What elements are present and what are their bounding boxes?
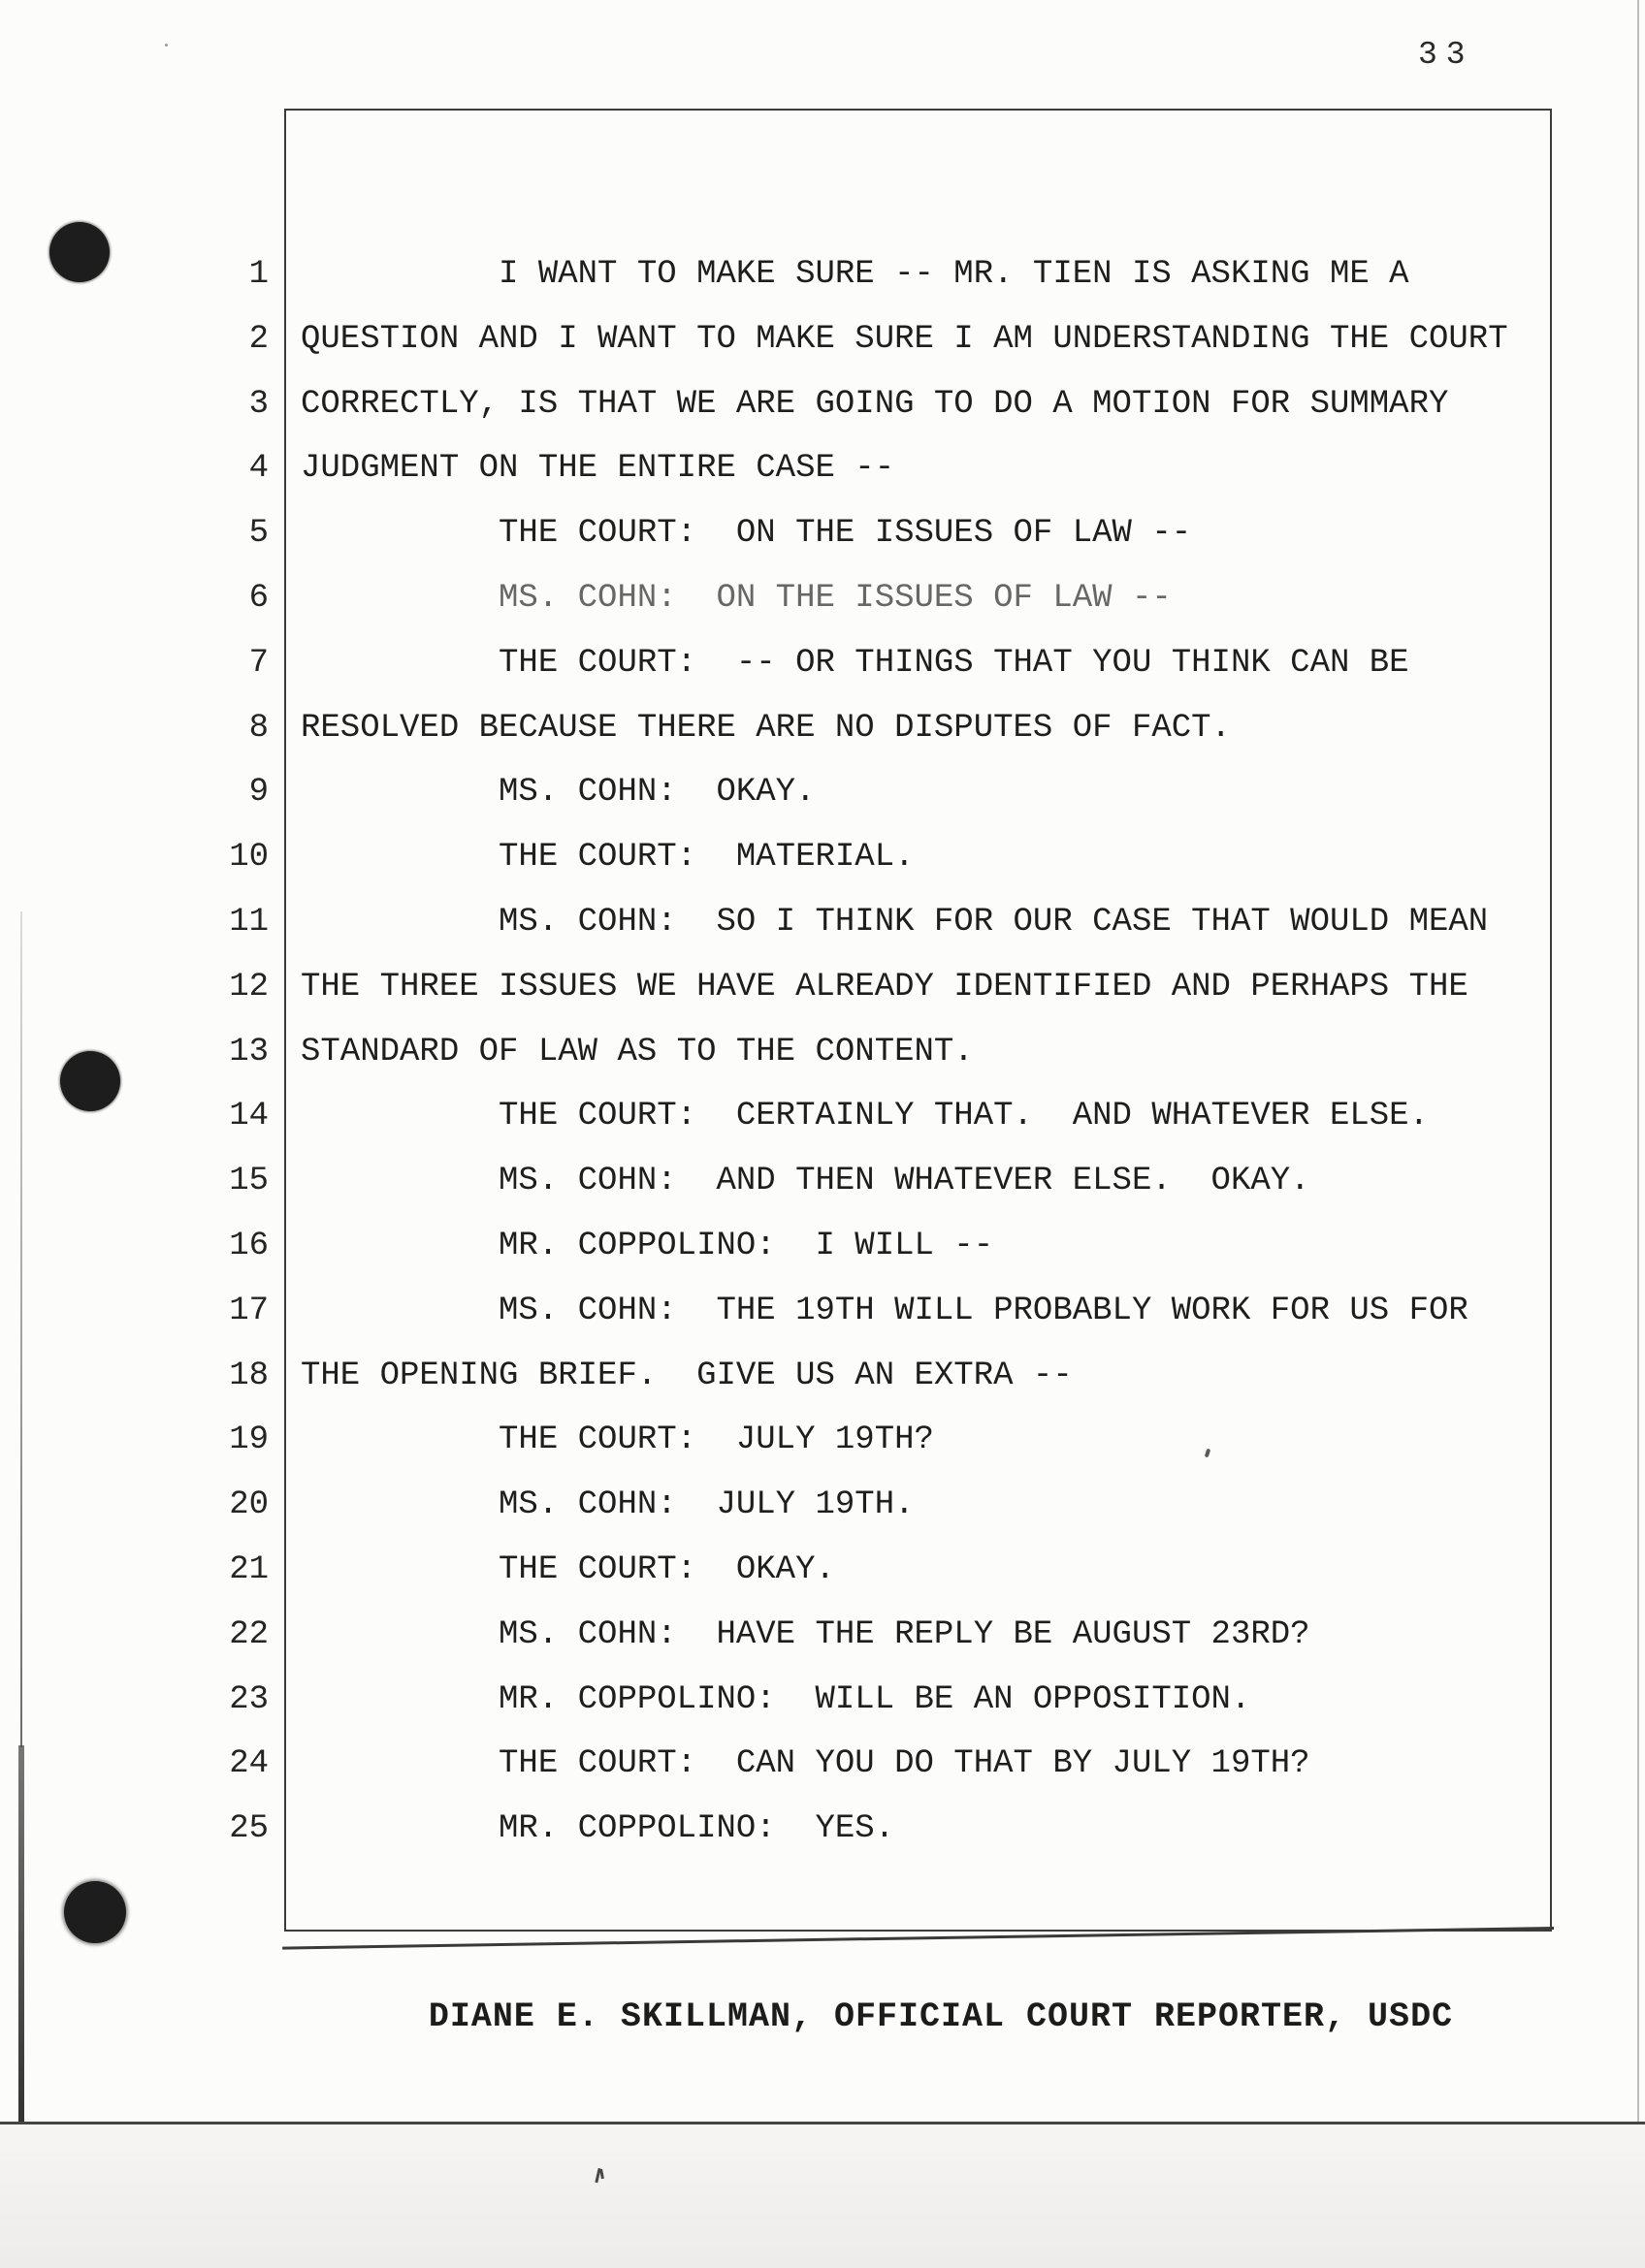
transcript-line: 13STANDARD OF LAW AS TO THE CONTENT.: [0, 1020, 1645, 1085]
transcript-line: 20 MS. COHN: JULY 19TH.: [0, 1473, 1645, 1538]
line-number: 8: [0, 696, 269, 761]
line-number: 16: [0, 1214, 269, 1279]
line-number: 18: [0, 1344, 269, 1409]
scan-speck: [594, 2168, 605, 2184]
line-text: MS. COHN: OKAY.: [301, 760, 816, 825]
line-number: 22: [0, 1603, 269, 1668]
scan-artifact-line: [1637, 0, 1639, 2124]
scan-artifact-line: [20, 911, 22, 1747]
transcript-line: 10 THE COURT: MATERIAL.: [0, 825, 1645, 890]
line-number: 9: [0, 760, 269, 825]
transcript-line: 4JUDGMENT ON THE ENTIRE CASE --: [0, 436, 1645, 501]
line-text: QUESTION AND I WANT TO MAKE SURE I AM UN…: [301, 307, 1508, 372]
transcript-line: 14 THE COURT: CERTAINLY THAT. AND WHATEV…: [0, 1084, 1645, 1149]
transcript-line: 22 MS. COHN: HAVE THE REPLY BE AUGUST 23…: [0, 1603, 1645, 1668]
transcript-line: 7 THE COURT: -- OR THINGS THAT YOU THINK…: [0, 631, 1645, 696]
transcript-line: 6 MS. COHN: ON THE ISSUES OF LAW --: [0, 566, 1645, 631]
line-number: 6: [0, 566, 269, 631]
line-number: 14: [0, 1084, 269, 1149]
line-text: RESOLVED BECAUSE THERE ARE NO DISPUTES O…: [301, 696, 1231, 761]
line-text: THE COURT: ON THE ISSUES OF LAW --: [301, 501, 1191, 566]
line-text: THE COURT: CERTAINLY THAT. AND WHATEVER …: [301, 1084, 1429, 1149]
scan-speck: [165, 44, 168, 47]
line-text: THE COURT: MATERIAL.: [301, 825, 915, 890]
transcript-line: 2QUESTION AND I WANT TO MAKE SURE I AM U…: [0, 307, 1645, 372]
transcript-line: 15 MS. COHN: AND THEN WHATEVER ELSE. OKA…: [0, 1149, 1645, 1214]
line-number: 2: [0, 307, 269, 372]
transcript-line: 8RESOLVED BECAUSE THERE ARE NO DISPUTES …: [0, 696, 1645, 761]
transcript-line: 16 MR. COPPOLINO: I WILL --: [0, 1214, 1645, 1279]
hole-punch-dot: [64, 1881, 126, 1943]
transcript-line: 3CORRECTLY, IS THAT WE ARE GOING TO DO A…: [0, 372, 1645, 437]
transcript-line: 12THE THREE ISSUES WE HAVE ALREADY IDENT…: [0, 955, 1645, 1020]
transcript-line: 1 I WANT TO MAKE SURE -- MR. TIEN IS ASK…: [0, 242, 1645, 307]
line-text: MS. COHN: JULY 19TH.: [301, 1473, 915, 1538]
line-text: MR. COPPOLINO: YES.: [301, 1797, 894, 1862]
line-number: 10: [0, 825, 269, 890]
line-number: 1: [0, 242, 269, 307]
transcript-line: 17 MS. COHN: THE 19TH WILL PROBABLY WORK…: [0, 1279, 1645, 1344]
transcript-line: 5 THE COURT: ON THE ISSUES OF LAW --: [0, 501, 1645, 566]
line-text: MS. COHN: SO I THINK FOR OUR CASE THAT W…: [301, 890, 1488, 955]
line-text: THE COURT: -- OR THINGS THAT YOU THINK C…: [301, 631, 1409, 696]
line-text: MS. COHN: HAVE THE REPLY BE AUGUST 23RD?: [301, 1603, 1310, 1668]
scanner-background-band: [0, 2124, 1645, 2268]
line-text: THE THREE ISSUES WE HAVE ALREADY IDENTIF…: [301, 955, 1468, 1020]
line-number: 17: [0, 1279, 269, 1344]
line-number: 25: [0, 1797, 269, 1862]
transcript-line: 25 MR. COPPOLINO: YES.: [0, 1797, 1645, 1862]
line-text: MR. COPPOLINO: I WILL --: [301, 1214, 993, 1279]
line-number: 11: [0, 890, 269, 955]
line-text: MR. COPPOLINO: WILL BE AN OPPOSITION.: [301, 1668, 1250, 1733]
transcript-line: 24 THE COURT: CAN YOU DO THAT BY JULY 19…: [0, 1732, 1645, 1797]
transcript-line: 11 MS. COHN: SO I THINK FOR OUR CASE THA…: [0, 890, 1645, 955]
reporter-footer: DIANE E. SKILLMAN, OFFICIAL COURT REPORT…: [339, 1997, 1542, 2036]
line-text: STANDARD OF LAW AS TO THE CONTENT.: [301, 1020, 974, 1085]
page-number: 33: [1418, 37, 1474, 73]
line-number: 21: [0, 1538, 269, 1603]
line-number: 15: [0, 1149, 269, 1214]
line-text: THE COURT: OKAY.: [301, 1538, 835, 1603]
transcript-page: 33 1 I WANT TO MAKE SURE -- MR. TIEN IS …: [0, 0, 1645, 2268]
line-text: MS. COHN: THE 19TH WILL PROBABLY WORK FO…: [301, 1279, 1468, 1344]
line-text: THE COURT: JULY 19TH?: [301, 1408, 934, 1473]
transcript-line: 9 MS. COHN: OKAY.: [0, 760, 1645, 825]
transcript-line: 18THE OPENING BRIEF. GIVE US AN EXTRA --: [0, 1344, 1645, 1409]
transcript-line: 19 THE COURT: JULY 19TH?: [0, 1408, 1645, 1473]
transcript-line: 21 THE COURT: OKAY.: [0, 1538, 1645, 1603]
scan-artifact-line: [18, 1745, 24, 2122]
line-number: 20: [0, 1473, 269, 1538]
line-number: 23: [0, 1668, 269, 1733]
line-number: 3: [0, 372, 269, 437]
line-text: CORRECTLY, IS THAT WE ARE GOING TO DO A …: [301, 372, 1448, 437]
line-text: THE COURT: CAN YOU DO THAT BY JULY 19TH?: [301, 1732, 1310, 1797]
line-number: 13: [0, 1020, 269, 1085]
line-number: 5: [0, 501, 269, 566]
line-text: JUDGMENT ON THE ENTIRE CASE --: [301, 436, 894, 501]
line-text: MS. COHN: ON THE ISSUES OF LAW --: [301, 566, 1172, 631]
line-text: I WANT TO MAKE SURE -- MR. TIEN IS ASKIN…: [301, 242, 1409, 307]
line-text: MS. COHN: AND THEN WHATEVER ELSE. OKAY.: [301, 1149, 1310, 1214]
line-number: 7: [0, 631, 269, 696]
transcript-line: 23 MR. COPPOLINO: WILL BE AN OPPOSITION.: [0, 1668, 1645, 1733]
line-number: 24: [0, 1732, 269, 1797]
line-number: 19: [0, 1408, 269, 1473]
line-number: 4: [0, 436, 269, 501]
line-number: 12: [0, 955, 269, 1020]
line-text: THE OPENING BRIEF. GIVE US AN EXTRA --: [301, 1344, 1073, 1409]
